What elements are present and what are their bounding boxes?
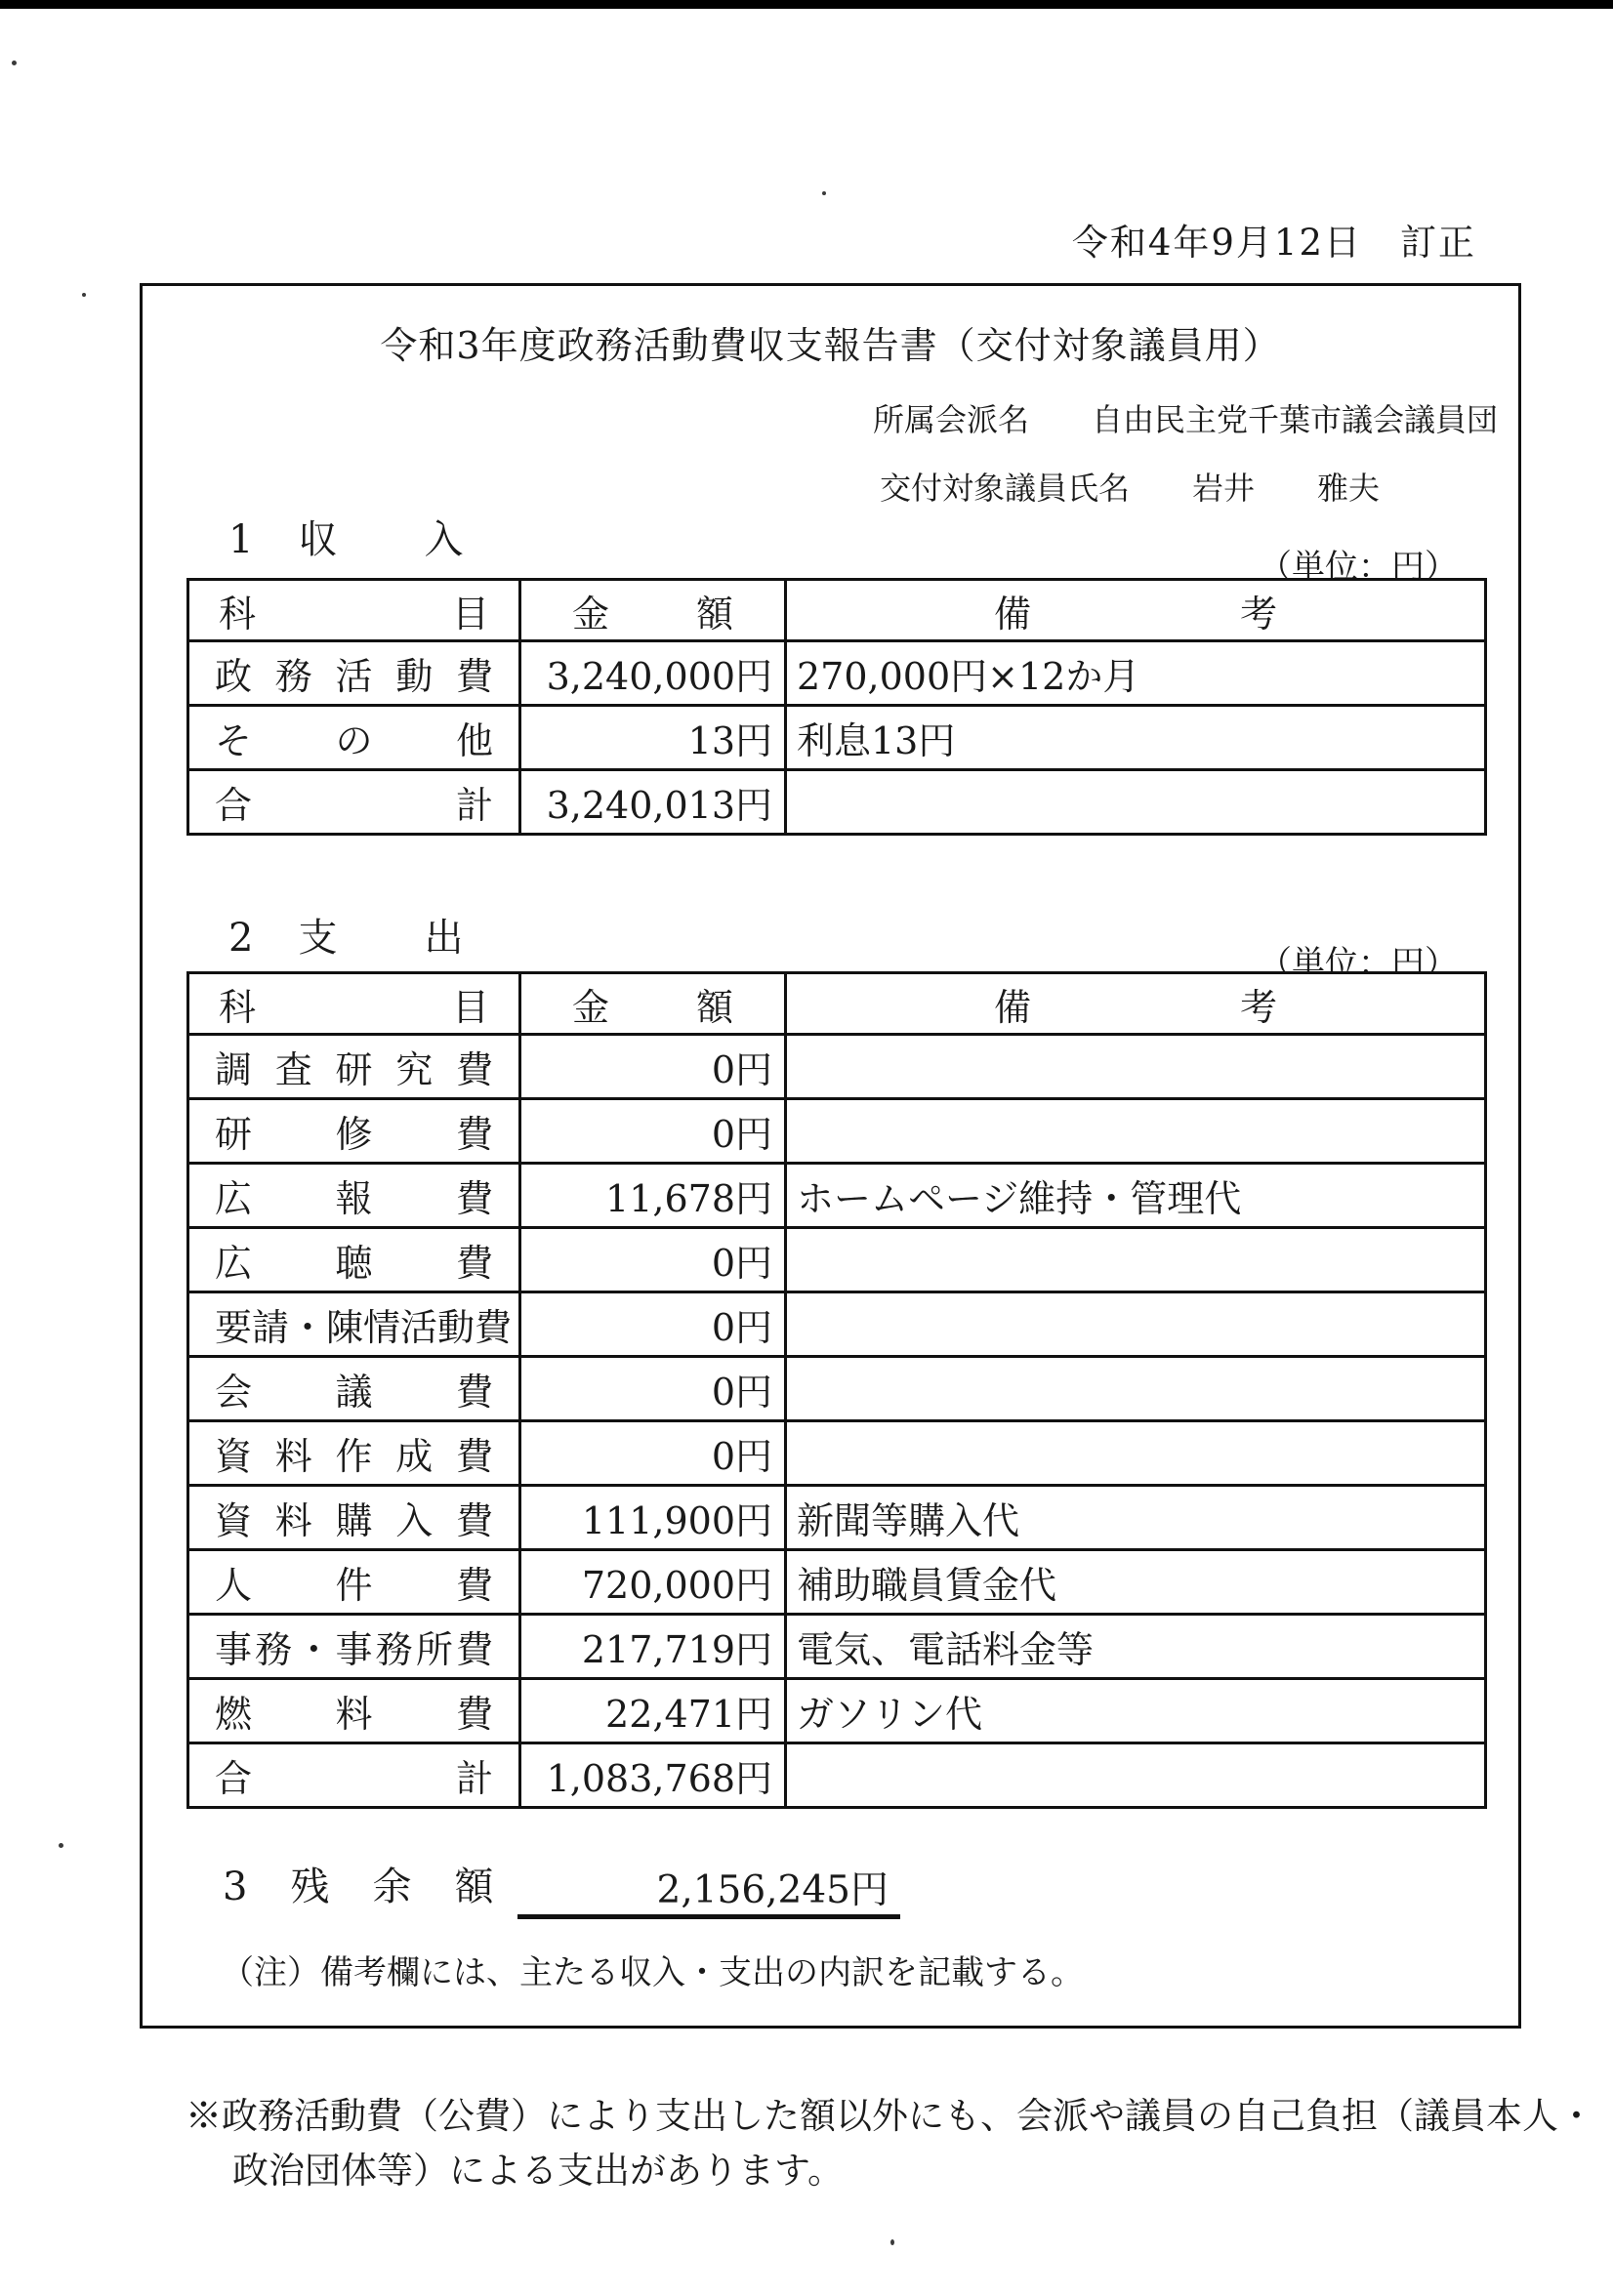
item-cell: その他 <box>188 706 520 770</box>
remark-cell <box>786 1292 1486 1357</box>
expenditure-header-remark: 備 考 <box>786 973 1486 1035</box>
income-header-amount: 金額 <box>520 580 786 641</box>
amount-cell: 0円 <box>520 1292 786 1357</box>
remark-cell <box>786 1099 1486 1164</box>
footer-note-line-2: 政治団体等）による支出があります。 <box>186 2144 1594 2198</box>
expenditure-row: 資料作成費 0円 <box>188 1421 1486 1486</box>
remark-cell: 電気、電話料金等 <box>786 1615 1486 1679</box>
amount-cell: 3,240,000円 <box>520 641 786 706</box>
balance-section-heading: 3 残 余 額 <box>223 1856 495 1911</box>
report-frame: 令和3年度政務活動費収支報告書（交付対象議員用） 所属会派名 自由民主党千葉市議… <box>140 283 1521 2029</box>
remark-cell: 補助職員賃金代 <box>786 1550 1486 1615</box>
amount-cell: 13円 <box>520 706 786 770</box>
amount-cell: 0円 <box>520 1357 786 1421</box>
faction-name-line: 所属会派名 自由民主党千葉市議会議員団 <box>873 395 1498 440</box>
remark-column-note: （注）備考欄には、主たる収入・支出の内訳を記載する。 <box>221 1946 1084 1993</box>
expenditure-row: 研修費 0円 <box>188 1099 1486 1164</box>
item-cell: 研修費 <box>188 1099 520 1164</box>
expenditure-header-item: 科目 <box>188 973 520 1035</box>
remark-cell: 新聞等購入代 <box>786 1486 1486 1550</box>
item-cell: 合計 <box>188 770 520 835</box>
scan-speck <box>12 61 17 65</box>
item-cell: 資料購入費 <box>188 1486 520 1550</box>
amount-cell: 1,083,768円 <box>520 1743 786 1808</box>
amount-cell: 0円 <box>520 1099 786 1164</box>
income-header-remark: 備 考 <box>786 580 1486 641</box>
scan-speck <box>82 293 86 297</box>
item-cell: 合計 <box>188 1743 520 1808</box>
expenditure-header-row: 科目 金額 備 考 <box>188 973 1486 1035</box>
balance-underline <box>517 1914 900 1919</box>
footer-note-line-1: ※政務活動費（公費）により支出した額以外にも、会派や議員の自己負担（議員本人・ <box>186 2089 1594 2144</box>
item-cell: 会議費 <box>188 1357 520 1421</box>
item-cell: 人件費 <box>188 1550 520 1615</box>
income-header-row: 科目 金額 備 考 <box>188 580 1486 641</box>
expenditure-row: 調査研究費 0円 <box>188 1035 1486 1099</box>
amount-cell: 0円 <box>520 1035 786 1099</box>
item-cell: 事務・事務所費 <box>188 1615 520 1679</box>
amount-cell: 3,240,013円 <box>520 770 786 835</box>
scan-speck <box>59 1843 63 1848</box>
income-table: 科目 金額 備 考 政務活動費 3,240,000円 270,000円×12か月… <box>186 578 1487 836</box>
expenditure-section-heading: 2 支 出 <box>228 907 466 963</box>
expenditure-row: 広聴費 0円 <box>188 1228 1486 1292</box>
remark-cell: 利息13円 <box>786 706 1486 770</box>
expenditure-total-row: 合計 1,083,768円 <box>188 1743 1486 1808</box>
member-name-line: 交付対象議員氏名 岩井 雅夫 <box>880 464 1380 509</box>
amount-cell: 11,678円 <box>520 1164 786 1228</box>
remark-cell <box>786 770 1486 835</box>
item-cell: 燃料費 <box>188 1679 520 1743</box>
scan-speck <box>890 2239 894 2245</box>
correction-date: 令和4年9月12日 訂正 <box>1072 213 1476 266</box>
remark-cell <box>786 1357 1486 1421</box>
report-title: 令和3年度政務活動費収支報告書（交付対象議員用） <box>143 315 1518 369</box>
amount-cell: 22,471円 <box>520 1679 786 1743</box>
item-cell: 資料作成費 <box>188 1421 520 1486</box>
income-total-row: 合計 3,240,013円 <box>188 770 1486 835</box>
footer-note: ※政務活動費（公費）により支出した額以外にも、会派や議員の自己負担（議員本人・ … <box>186 2089 1594 2197</box>
item-cell: 政務活動費 <box>188 641 520 706</box>
expenditure-row: 会議費 0円 <box>188 1357 1486 1421</box>
income-row: 政務活動費 3,240,000円 270,000円×12か月 <box>188 641 1486 706</box>
amount-cell: 217,719円 <box>520 1615 786 1679</box>
scan-edge-bottom-line <box>0 0 1613 9</box>
remark-cell: ホームページ維持・管理代 <box>786 1164 1486 1228</box>
remark-cell: ガソリン代 <box>786 1679 1486 1743</box>
expenditure-table: 科目 金額 備 考 調査研究費 0円 研修費 0円 広報費 11,678円 ホー… <box>186 971 1487 1809</box>
amount-cell: 111,900円 <box>520 1486 786 1550</box>
expenditure-row: 広報費 11,678円 ホームページ維持・管理代 <box>188 1164 1486 1228</box>
item-cell: 広報費 <box>188 1164 520 1228</box>
expenditure-row: 人件費 720,000円 補助職員賃金代 <box>188 1550 1486 1615</box>
expenditure-row: 資料購入費 111,900円 新聞等購入代 <box>188 1486 1486 1550</box>
expenditure-row: 燃料費 22,471円 ガソリン代 <box>188 1679 1486 1743</box>
remark-cell <box>786 1035 1486 1099</box>
item-cell: 広聴費 <box>188 1228 520 1292</box>
income-section-heading: 1 収 入 <box>228 509 466 564</box>
expenditure-row: 要請・陳情活動費 0円 <box>188 1292 1486 1357</box>
remark-cell <box>786 1421 1486 1486</box>
remark-cell: 270,000円×12か月 <box>786 641 1486 706</box>
amount-cell: 0円 <box>520 1228 786 1292</box>
balance-amount: 2,156,245円 <box>517 1860 889 1914</box>
amount-cell: 720,000円 <box>520 1550 786 1615</box>
item-cell: 調査研究費 <box>188 1035 520 1099</box>
expenditure-header-amount: 金額 <box>520 973 786 1035</box>
income-row: その他 13円 利息13円 <box>188 706 1486 770</box>
remark-cell <box>786 1228 1486 1292</box>
income-header-item: 科目 <box>188 580 520 641</box>
remark-cell <box>786 1743 1486 1808</box>
item-cell: 要請・陳情活動費 <box>188 1292 520 1357</box>
expenditure-row: 事務・事務所費 217,719円 電気、電話料金等 <box>188 1615 1486 1679</box>
amount-cell: 0円 <box>520 1421 786 1486</box>
scan-speck <box>822 191 826 195</box>
